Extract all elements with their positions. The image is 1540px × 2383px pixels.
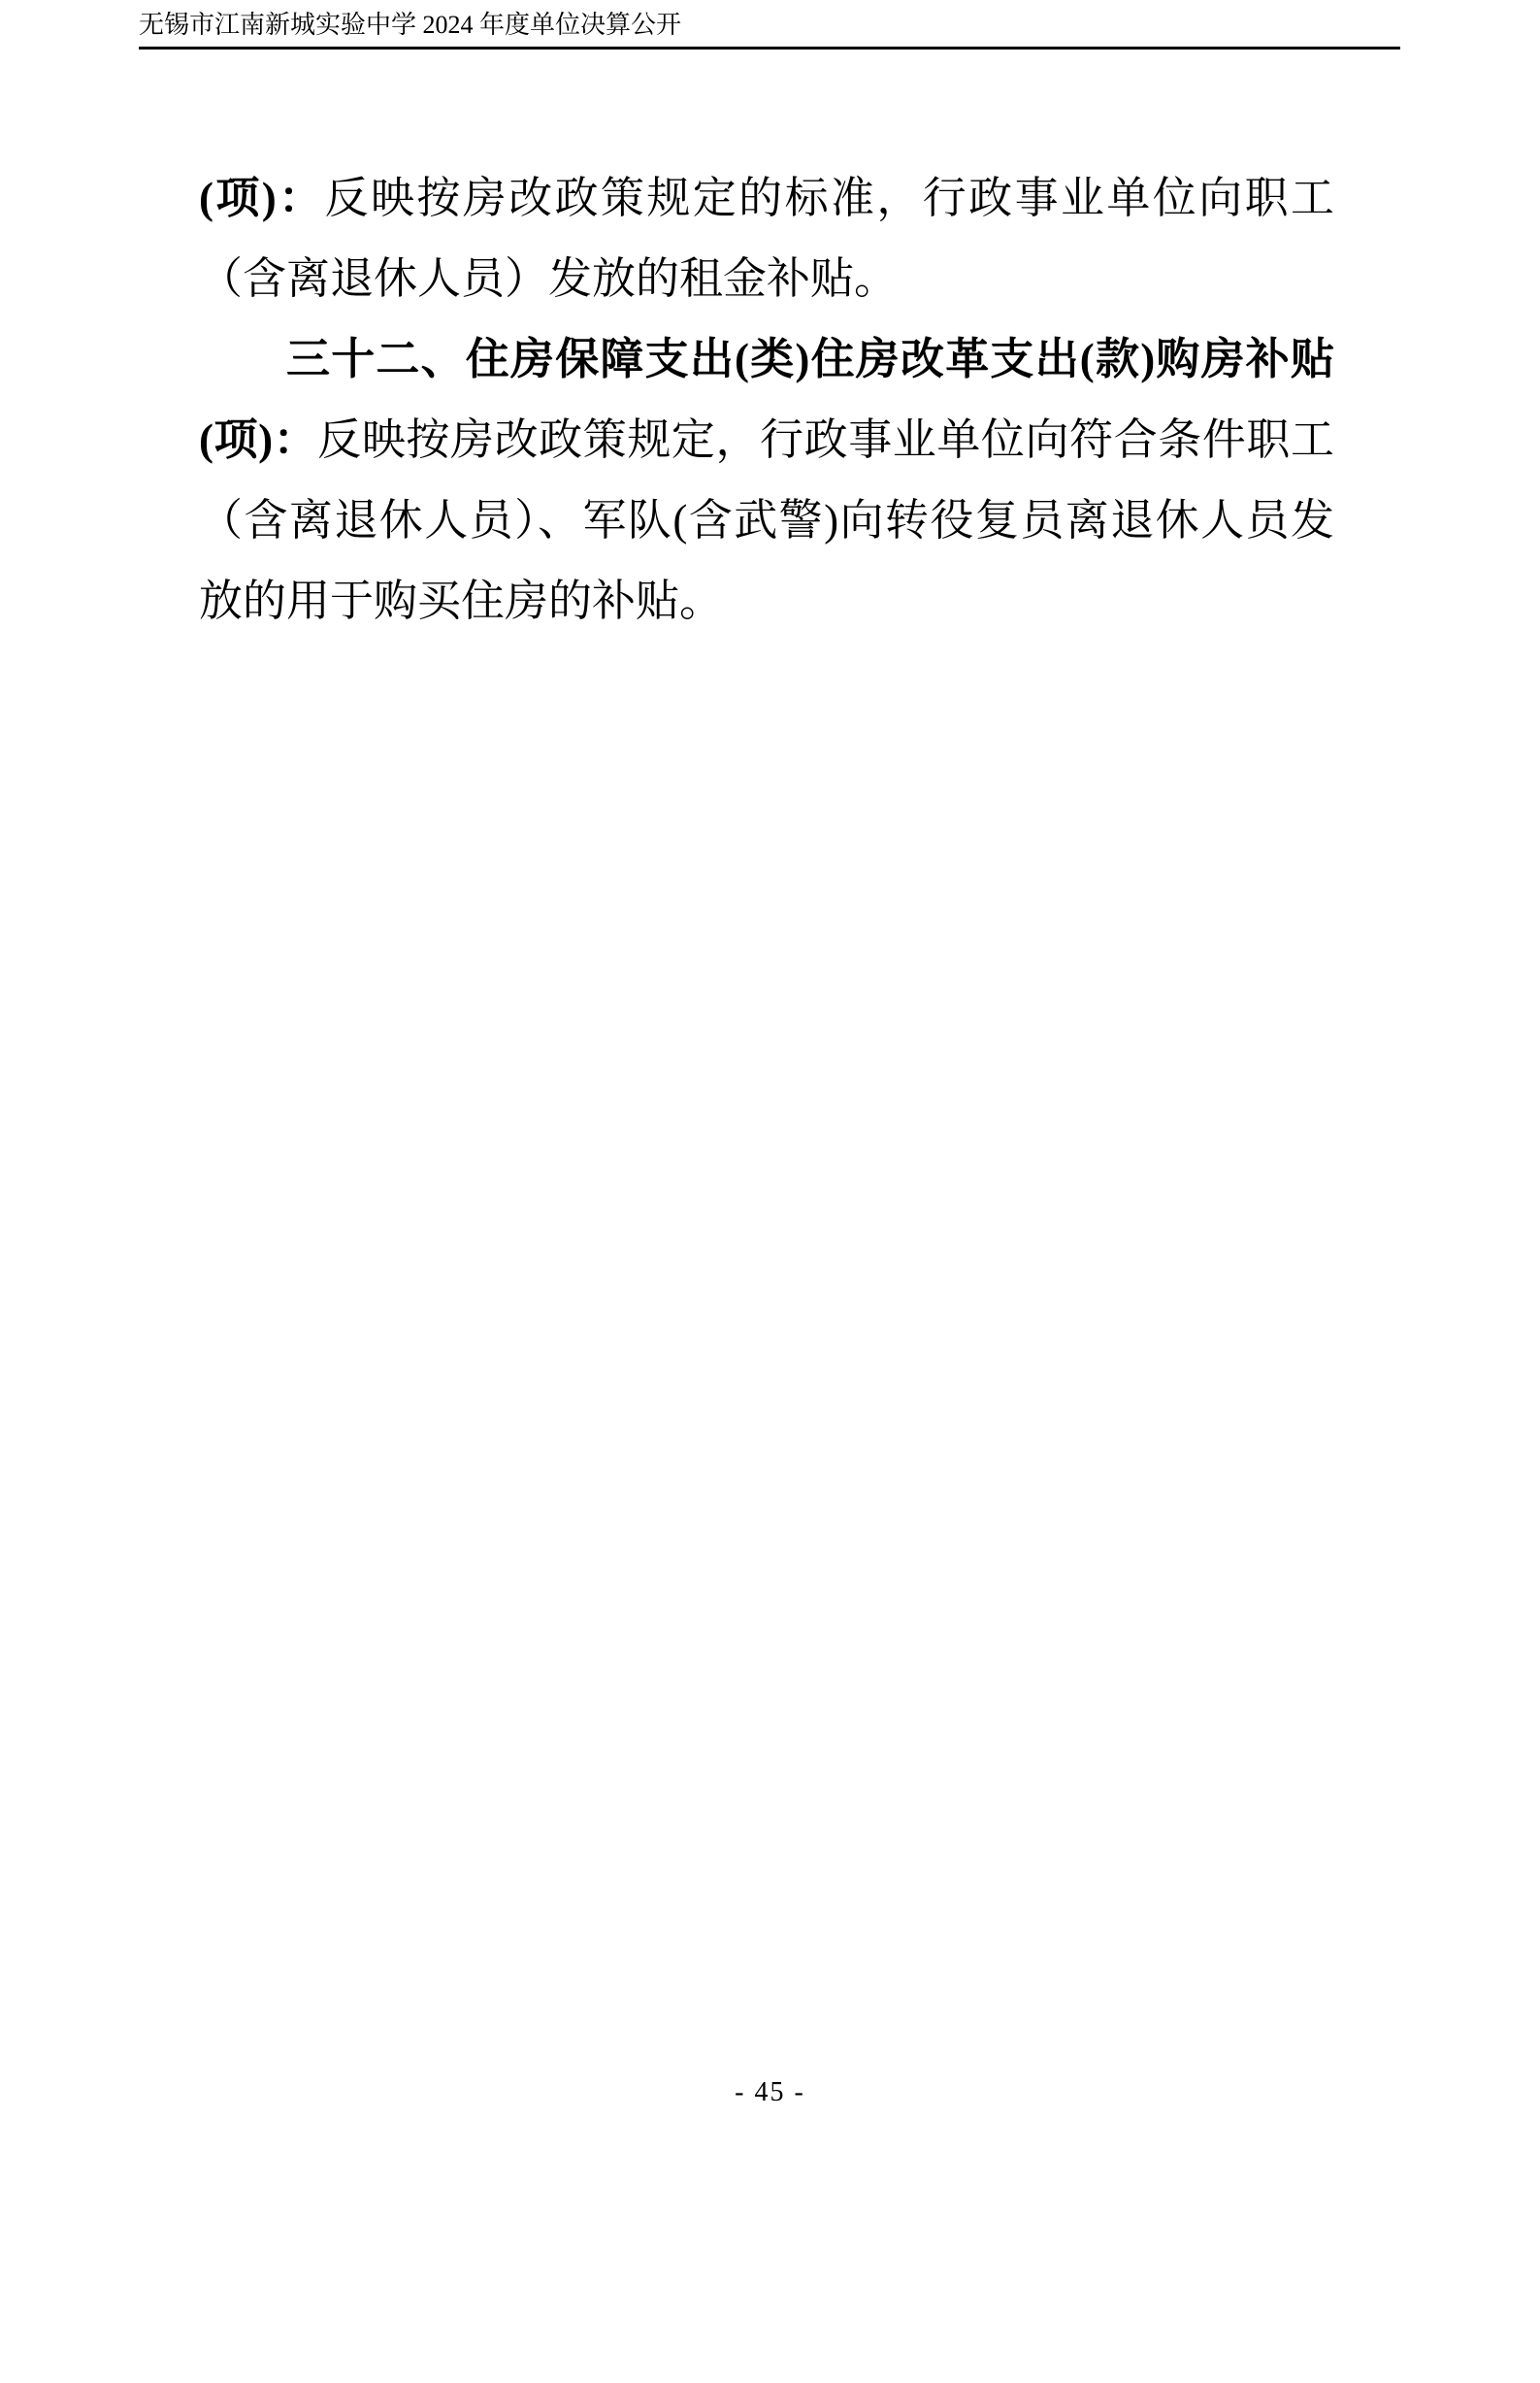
paragraph-purchase-subsidy: 三十二、住房保障支出(类)住房改革支出(款)购房补贴(项)：反映按房改政策规定，… <box>199 319 1334 642</box>
paragraph-rent-subsidy-text: 反映按房改政策规定的标准，行政事业单位向职工（含离退休人员）发放的租金补贴。 <box>199 174 1334 303</box>
document-page: 无锡市江南新城实验中学 2024 年度单位决算公开 (项)：反映按房改政策规定的… <box>0 0 1540 2383</box>
paragraph-rent-subsidy: (项)：反映按房改政策规定的标准，行政事业单位向职工（含离退休人员）发放的租金补… <box>199 158 1334 319</box>
page-header-title: 无锡市江南新城实验中学 2024 年度单位决算公开 <box>139 9 681 42</box>
paragraph-purchase-subsidy-text: 反映按房改政策规定，行政事业单位向符合条件职工（含离退休人员）、军队(含武警)向… <box>199 415 1334 625</box>
paragraph-rent-subsidy-lead: (项)： <box>199 174 325 222</box>
header-divider-rule <box>139 47 1400 50</box>
document-body: (项)：反映按房改政策规定的标准，行政事业单位向职工（含离退休人员）发放的租金补… <box>199 158 1334 642</box>
page-number: - 45 - <box>0 2075 1540 2110</box>
